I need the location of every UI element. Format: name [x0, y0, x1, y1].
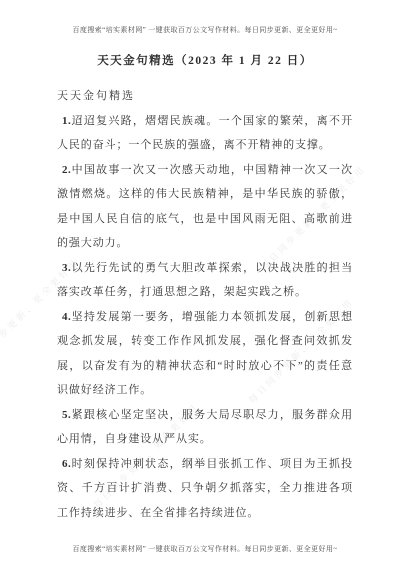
section-heading: 天天金句精选 — [57, 84, 353, 109]
paragraph-text: 以先行先试的勇气大胆改革探索，以决战决胜的担当落实改革任务，打通思想之路，架起实… — [57, 262, 353, 299]
paragraph: 6.时刻保持冲刺状态，纲举目张抓工作、项目为王抓投资、千方百计扩消费、只争朝夕抓… — [57, 452, 353, 526]
paragraph: 3.以先行先试的勇气大胆改革探索，以决战决胜的担当落实改革任务，打通思想之路，架… — [57, 256, 353, 305]
paragraph-text: 迢迢复兴路，熠熠民族魂。一个国家的繁荣，离不开人民的奋斗；一个民族的强盛，离不开… — [57, 115, 353, 152]
paragraph-number: 3. — [62, 262, 71, 274]
paragraph-text: 时刻保持冲刺状态，纲举目张抓工作、项目为王抓投资、千方百计扩消费、只争朝夕抓落实… — [57, 458, 353, 519]
paragraph-text: 坚持发展第一要务，增强能力本领抓发展，创新思想观念抓发展，转变工作作风抓发展，强… — [57, 311, 353, 397]
paragraph-number: 6. — [62, 458, 71, 470]
header-promo-note: 百度搜索“培实素材网” 一键获取百万公文写作材料。每日同步更新、更全更好用~ — [0, 25, 410, 35]
paragraph: 5.紧跟核心坚定坚决，服务大局尽职尽力，服务群众用心用情，自身建设从严从实。 — [57, 403, 353, 452]
paragraph-text: 紧跟核心坚定坚决，服务大局尽职尽力，服务群众用心用情，自身建设从严从实。 — [57, 409, 353, 446]
paragraph: 4.坚持发展第一要务，增强能力本领抓发展，创新思想观念抓发展，转变工作作风抓发展… — [57, 305, 353, 403]
paragraph-number: 2. — [62, 164, 71, 176]
footer-promo-note: 百度搜索“培实素材网” 一键获取百万公文写作材料。每日同步更新、更全更好用~ — [0, 544, 410, 554]
paragraph: 2.中国故事一次又一次感天动地，中国精神一次又一次激情燃烧。这样的伟大民族精神，… — [57, 158, 353, 256]
document-title: 天天金句精选（2023 年 1 月 22 日） — [0, 52, 410, 68]
paragraph-text: 中国故事一次又一次感天动地，中国精神一次又一次激情燃烧。这样的伟大民族精神，是中… — [57, 164, 353, 250]
paragraph-number: 4. — [62, 311, 71, 323]
paragraph-number: 5. — [62, 409, 71, 421]
paragraph-number: 1. — [62, 115, 71, 127]
document-body: 天天金句精选 1.迢迢复兴路，熠熠民族魂。一个国家的繁荣，离不开人民的奋斗；一个… — [57, 84, 353, 525]
paragraph: 1.迢迢复兴路，熠熠民族魂。一个国家的繁荣，离不开人民的奋斗；一个民族的强盛，离… — [57, 109, 353, 158]
document-page: 每日同步更新、更全更好用 每日同步更新、更全更好用 每日同步更新、更全更好用 每… — [0, 0, 410, 580]
